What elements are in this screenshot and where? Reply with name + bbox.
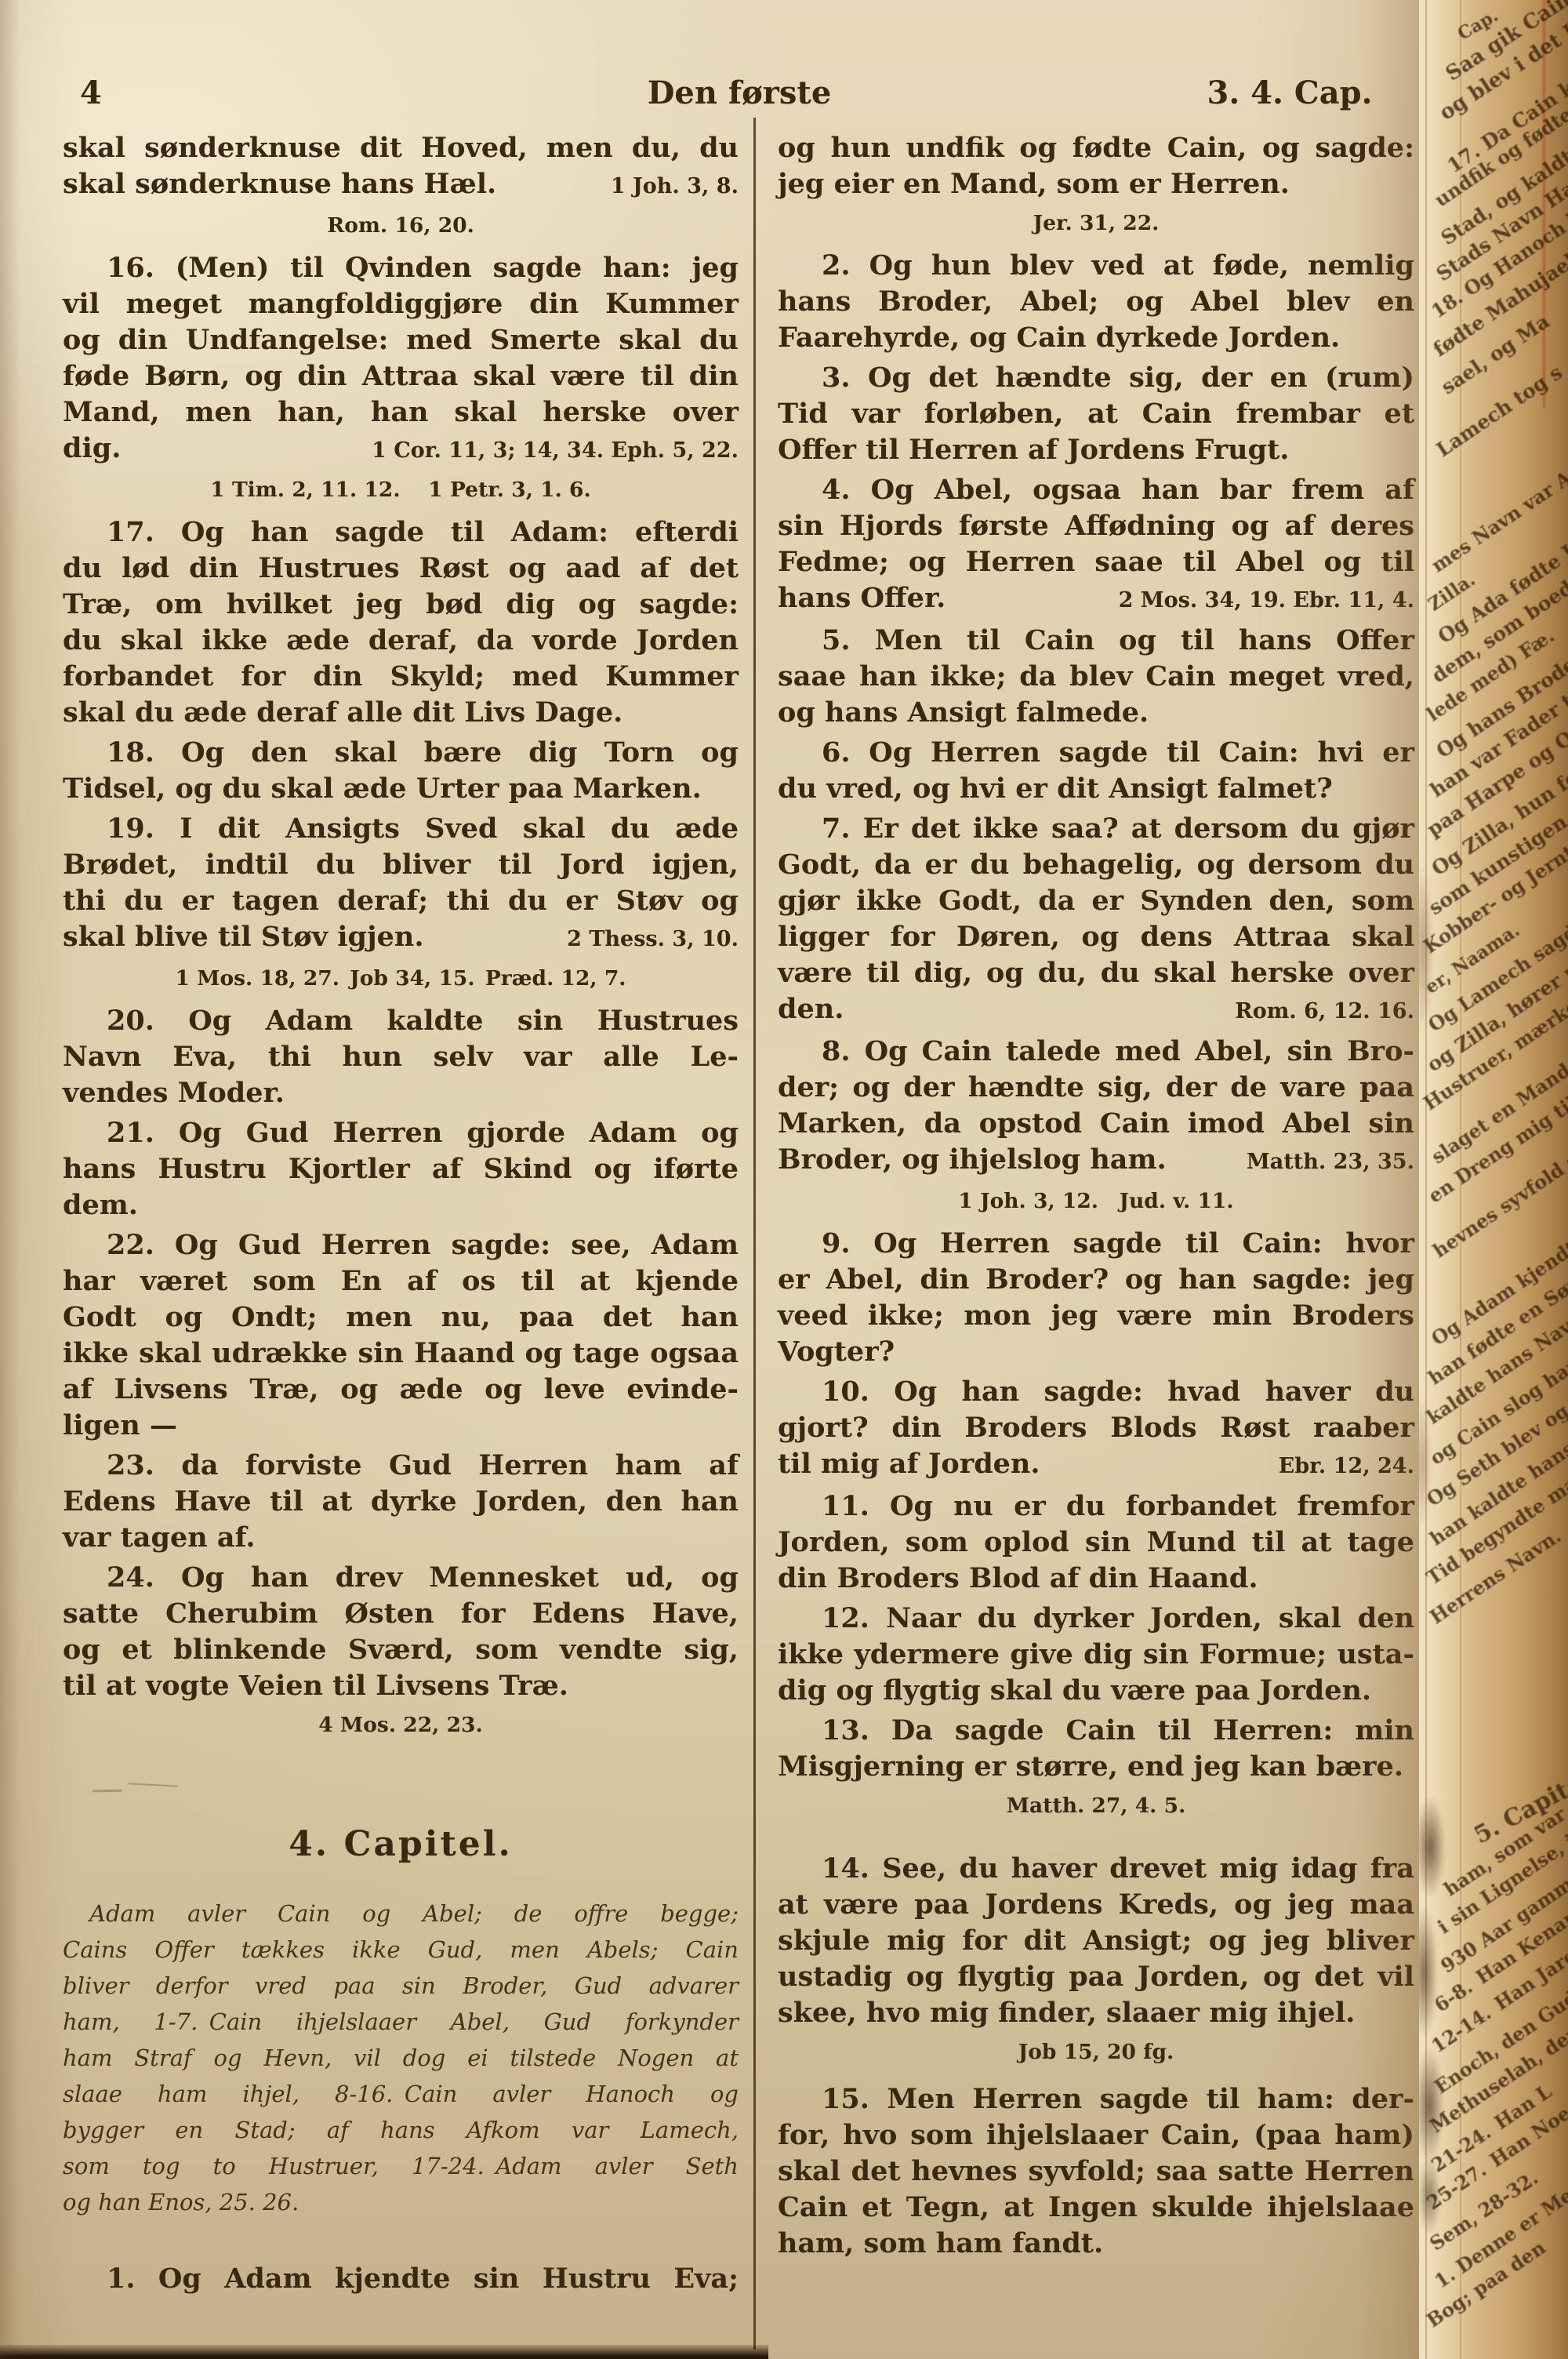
text-line: dig.1 Cor. 11, 3; 14, 34. Eph. 5, 22. [63, 431, 739, 469]
photo-bottom-edge [0, 2345, 768, 2359]
text-line: Edens Have til at dyrke Jorden, den han [63, 1484, 739, 1520]
text-line: der; og der hændte sig, der de vare paa [778, 1070, 1414, 1106]
text-line: 23. da forviste Gud Herren ham af [63, 1448, 739, 1484]
text-line: gjør ikke Godt, da er Synden den, som [778, 883, 1414, 919]
text-line: Adam avler Cain og Abel; de offre begge; [63, 1896, 739, 1932]
text-line: 5. Men til Cain og til hans Offer [778, 623, 1414, 659]
text-line: saae han ikke; da blev Cain meget vred, [778, 659, 1414, 695]
text-line: 4. Capitel. [63, 1826, 739, 1863]
verse-text: Broder, og ihjelslog ham. [778, 1142, 1167, 1178]
text-line: Vogter? [778, 1334, 1414, 1370]
text-line: gjort? din Broders Blods Røst raaber [778, 1410, 1414, 1446]
text-line: skal sønderknuse dit Hoved, men du, du [63, 130, 739, 166]
text-line: Job 15, 20 fg. [778, 2034, 1414, 2070]
text-line: Navn Eva, thi hun selv var alle Le- [63, 1039, 739, 1075]
text-line: 20. Og Adam kaldte sin Hustrues [63, 1003, 739, 1039]
text-line: 1 Tim. 2, 11. 12. 1 Petr. 3, 1. 6. [63, 472, 739, 508]
text-line: er Abel, din Broder? og han sagde: jeg [778, 1262, 1414, 1298]
text-line: Misgjerning er større, end jeg kan bære. [778, 1749, 1414, 1785]
text-line: 8. Og Cain talede med Abel, sin Bro- [778, 1034, 1414, 1070]
text-line: skal det hevnes syvfold; saa satte Herre… [778, 2154, 1414, 2190]
text-line: vendes Moder. [63, 1075, 739, 1111]
text-line: Marken, da opstod Cain imod Abel sin [778, 1106, 1414, 1142]
text-line: 18. Og den skal bære dig Torn og [63, 735, 739, 771]
page-curl-shadow [1355, 0, 1419, 2359]
text-line: 1 Mos. 18, 27. Job 34, 15. Præd. 12, 7. [63, 961, 739, 997]
edge-stain [1419, 1906, 1438, 2039]
text-line: Broder, og ihjelslog ham.Matth. 23, 35. [778, 1142, 1414, 1180]
text-line: Matth. 27, 4. 5. [778, 1788, 1414, 1824]
text-line: være til dig, og du, du skal herske over [778, 955, 1414, 991]
text-line: ligen — [63, 1408, 739, 1444]
verse-text: til mig af Jorden. [778, 1446, 1040, 1482]
text-line: veed ikke; mon jeg være min Broders [778, 1298, 1414, 1334]
text-line: 4 Mos. 22, 23. [63, 1707, 739, 1743]
text-line: satte Cherubim Østen for Edens Have, [63, 1596, 739, 1632]
text-line: ligger for Døren, og dens Attraa skal [778, 919, 1414, 955]
text-line: 21. Og Gud Herren gjorde Adam og [63, 1115, 739, 1151]
text-line: Fedme; og Herren saae til Abel og til [778, 544, 1414, 580]
text-line: hans Broder, Abel; og Abel blev en [778, 284, 1414, 320]
text-line: sin Hjords første Affødning og af deres [778, 508, 1414, 544]
text-line: thi du er tagen deraf; thi du er Støv og [63, 883, 739, 919]
text-line: dig og flygtig skal du være paa Jorden. [778, 1673, 1414, 1709]
text-line: bliver derfor vred paa sin Broder, Gud a… [63, 1968, 739, 2004]
text-line: 13. Da sagde Cain til Herren: min [778, 1713, 1414, 1749]
text-line: ikke skal udrække sin Haand og tage ogsa… [63, 1336, 739, 1372]
text-line: 4. Og Abel, ogsaa han bar frem af [778, 472, 1414, 508]
text-line: Jer. 31, 22. [778, 205, 1414, 242]
text-line: du skal ikke æde deraf, da vorde Jorden [63, 623, 739, 659]
text-line: Rom. 16, 20. [63, 208, 739, 244]
text-line: 19. I dit Ansigts Sved skal du æde [63, 811, 739, 847]
text-line: 3. Og det hændte sig, der en (rum) [778, 360, 1414, 396]
text-line: vil meget mangfoldiggjøre din Kummer [63, 286, 739, 322]
text-line: Offer til Herren af Jordens Frugt. [778, 432, 1414, 468]
text-line: og hans Ansigt falmede. [778, 695, 1414, 731]
text-line: Tid var forløben, at Cain frembar et [778, 396, 1414, 432]
text-line: til at vogte Veien til Livsens Træ. [63, 1668, 739, 1704]
text-line: 16. (Men) til Qvinden sagde han: jeg [63, 250, 739, 286]
verse-text: hans Offer. [778, 580, 946, 616]
text-line: var tagen af. [63, 1520, 739, 1556]
photo-left-shading [0, 0, 20, 2359]
text-line: Godt, da er du behagelig, og dersom du [778, 847, 1414, 883]
cross-reference: 1 Joh. 3, 8. [611, 169, 739, 205]
column-divider [753, 118, 756, 2350]
text-line: forbandet for din Skyld; med Kummer [63, 659, 739, 695]
text-line: som tog to Hustruer, 17-24. Adam avler S… [63, 2148, 739, 2184]
text-line: skal sønderknuse hans Hæl.1 Joh. 3, 8. [63, 166, 739, 205]
cross-reference: 2 Thess. 3, 10. [567, 921, 739, 958]
text-line: slaae ham ihjel, 8-16. Cain avler Hanoch… [63, 2076, 739, 2112]
text-line: af Livsens Træ, og æde og leve evinde- [63, 1372, 739, 1408]
text-line: ikke ydermere give dig sin Formue; usta- [778, 1637, 1414, 1673]
text-line: 24. Og han drev Mennesket ud, og [63, 1560, 739, 1596]
text-line: 15. Men Herren sagde til ham: der- [778, 2081, 1414, 2117]
text-line: du lød din Hustrues Røst og aad af det [63, 551, 739, 587]
text-line: 22. Og Gud Herren sagde: see, Adam [63, 1227, 739, 1263]
book-fore-edge: Cap.Saa gik Cain ud fraog blev i det Lan… [1419, 0, 1568, 2359]
text-line: skee, hvo mig finder, slaaer mig ihjel. [778, 1995, 1414, 2031]
text-line: hans Hustru Kjortler af Skind og iførte [63, 1151, 739, 1187]
text-line: Mand, men han, han skal herske over [63, 394, 739, 431]
text-line: Cain et Tegn, at Ingen skulde ihjelslaae [778, 2190, 1414, 2226]
text-line: ham, som ham fandt. [778, 2226, 1414, 2262]
text-line: og et blinkende Sværd, som vendte sig, [63, 1632, 739, 1668]
verse-text: dig. [63, 431, 121, 467]
text-line: 14. See, du haver drevet mig idag fra [778, 1851, 1414, 1887]
verse-text: skal blive til Støv igjen. [63, 919, 424, 955]
text-line: jeg eier en Mand, som er Herren. [778, 166, 1414, 202]
text-line: 1 Joh. 3, 12. Jud. v. 11. [778, 1183, 1414, 1219]
text-line: din Broders Blod af din Haand. [778, 1561, 1414, 1597]
text-line: hans Offer.2 Mos. 34, 19. Ebr. 11, 4. [778, 580, 1414, 619]
right-column: og hun undfik og fødte Cain, og sagde:je… [778, 130, 1414, 2262]
text-line: 7. Er det ikke saa? at dersom du gjør [778, 811, 1414, 847]
text-line: du vred, og hvi er dit Ansigt falmet? [778, 771, 1414, 807]
text-line: skal du æde deraf alle dit Livs Dage. [63, 695, 739, 731]
book-page-photo: 4 Den første 3. 4. Cap. skal sønderknuse… [0, 0, 1568, 2359]
text-line: føde Børn, og din Attraa skal være til d… [63, 358, 739, 394]
verse-text: skal sønderknuse hans Hæl. [63, 166, 496, 202]
text-line: 9. Og Herren sagde til Cain: hvor [778, 1226, 1414, 1262]
text-line: for, hvo som ihjelslaaer Cain, (paa ham) [778, 2117, 1414, 2154]
text-line: ustadig og flygtig paa Jorden, og det vi… [778, 1959, 1414, 1995]
text-line: 2. Og hun blev ved at føde, nemlig [778, 248, 1414, 284]
text-line: til mig af Jorden.Ebr. 12, 24. [778, 1446, 1414, 1485]
text-line: Cains Offer tækkes ikke Gud, men Abels; … [63, 1932, 739, 1968]
text-line: Træ, om hvilket jeg bød dig og sagde: [63, 587, 739, 623]
text-line: 11. Og nu er du forbandet fremfor [778, 1488, 1414, 1525]
text-line: den.Rom. 6, 12. 16. [778, 991, 1414, 1030]
text-line: dem. [63, 1187, 739, 1223]
edge-stain [1419, 2047, 1444, 2165]
text-line: Faarehyrde, og Cain dyrkede Jorden. [778, 320, 1414, 356]
text-line: ham, 1-7. Cain ihjelslaaer Abel, Gud for… [63, 2004, 739, 2040]
text-line: har været som En af os til at kjende [63, 1263, 739, 1299]
text-line: 1. Og Adam kjendte sin Hustru Eva; [63, 2261, 739, 2297]
left-column: skal sønderknuse dit Hoved, men du, dusk… [63, 130, 739, 2297]
text-line: Godt og Ondt; men nu, paa det han [63, 1299, 739, 1336]
text-line: og han Enos, 25. 26. [63, 2184, 739, 2220]
text-line: 10. Og han sagde: hvad haver du [778, 1374, 1414, 1410]
text-line: bygger en Stad; af hans Afkom var Lamech… [63, 2112, 739, 2148]
text-line: skjule mig for dit Ansigt; og jeg bliver [778, 1923, 1414, 1959]
text-line: 17. Og han sagde til Adam: efterdi [63, 514, 739, 551]
text-line: 12. Naar du dyrker Jorden, skal den [778, 1601, 1414, 1637]
text-line: Brødet, indtil du bliver til Jord igjen, [63, 847, 739, 883]
text-line: og hun undfik og fødte Cain, og sagde: [778, 130, 1414, 166]
text-line: skal blive til Støv igjen.2 Thess. 3, 10… [63, 919, 739, 958]
cross-reference: 1 Cor. 11, 3; 14, 34. Eph. 5, 22. [372, 433, 739, 469]
verse-text: den. [778, 991, 844, 1027]
text-line: ham Straf og Hevn, vil dog ei tilstede N… [63, 2040, 739, 2076]
text-line: Jorden, som oplod sin Mund til at tage [778, 1525, 1414, 1561]
text-line: at være paa Jordens Kreds, og jeg maa [778, 1887, 1414, 1923]
text-line: Tidsel, og du skal æde Urter paa Marken. [63, 771, 739, 807]
text-line: 6. Og Herren sagde til Cain: hvi er [778, 735, 1414, 771]
text-line: og din Undfangelse: med Smerte skal du [63, 322, 739, 358]
